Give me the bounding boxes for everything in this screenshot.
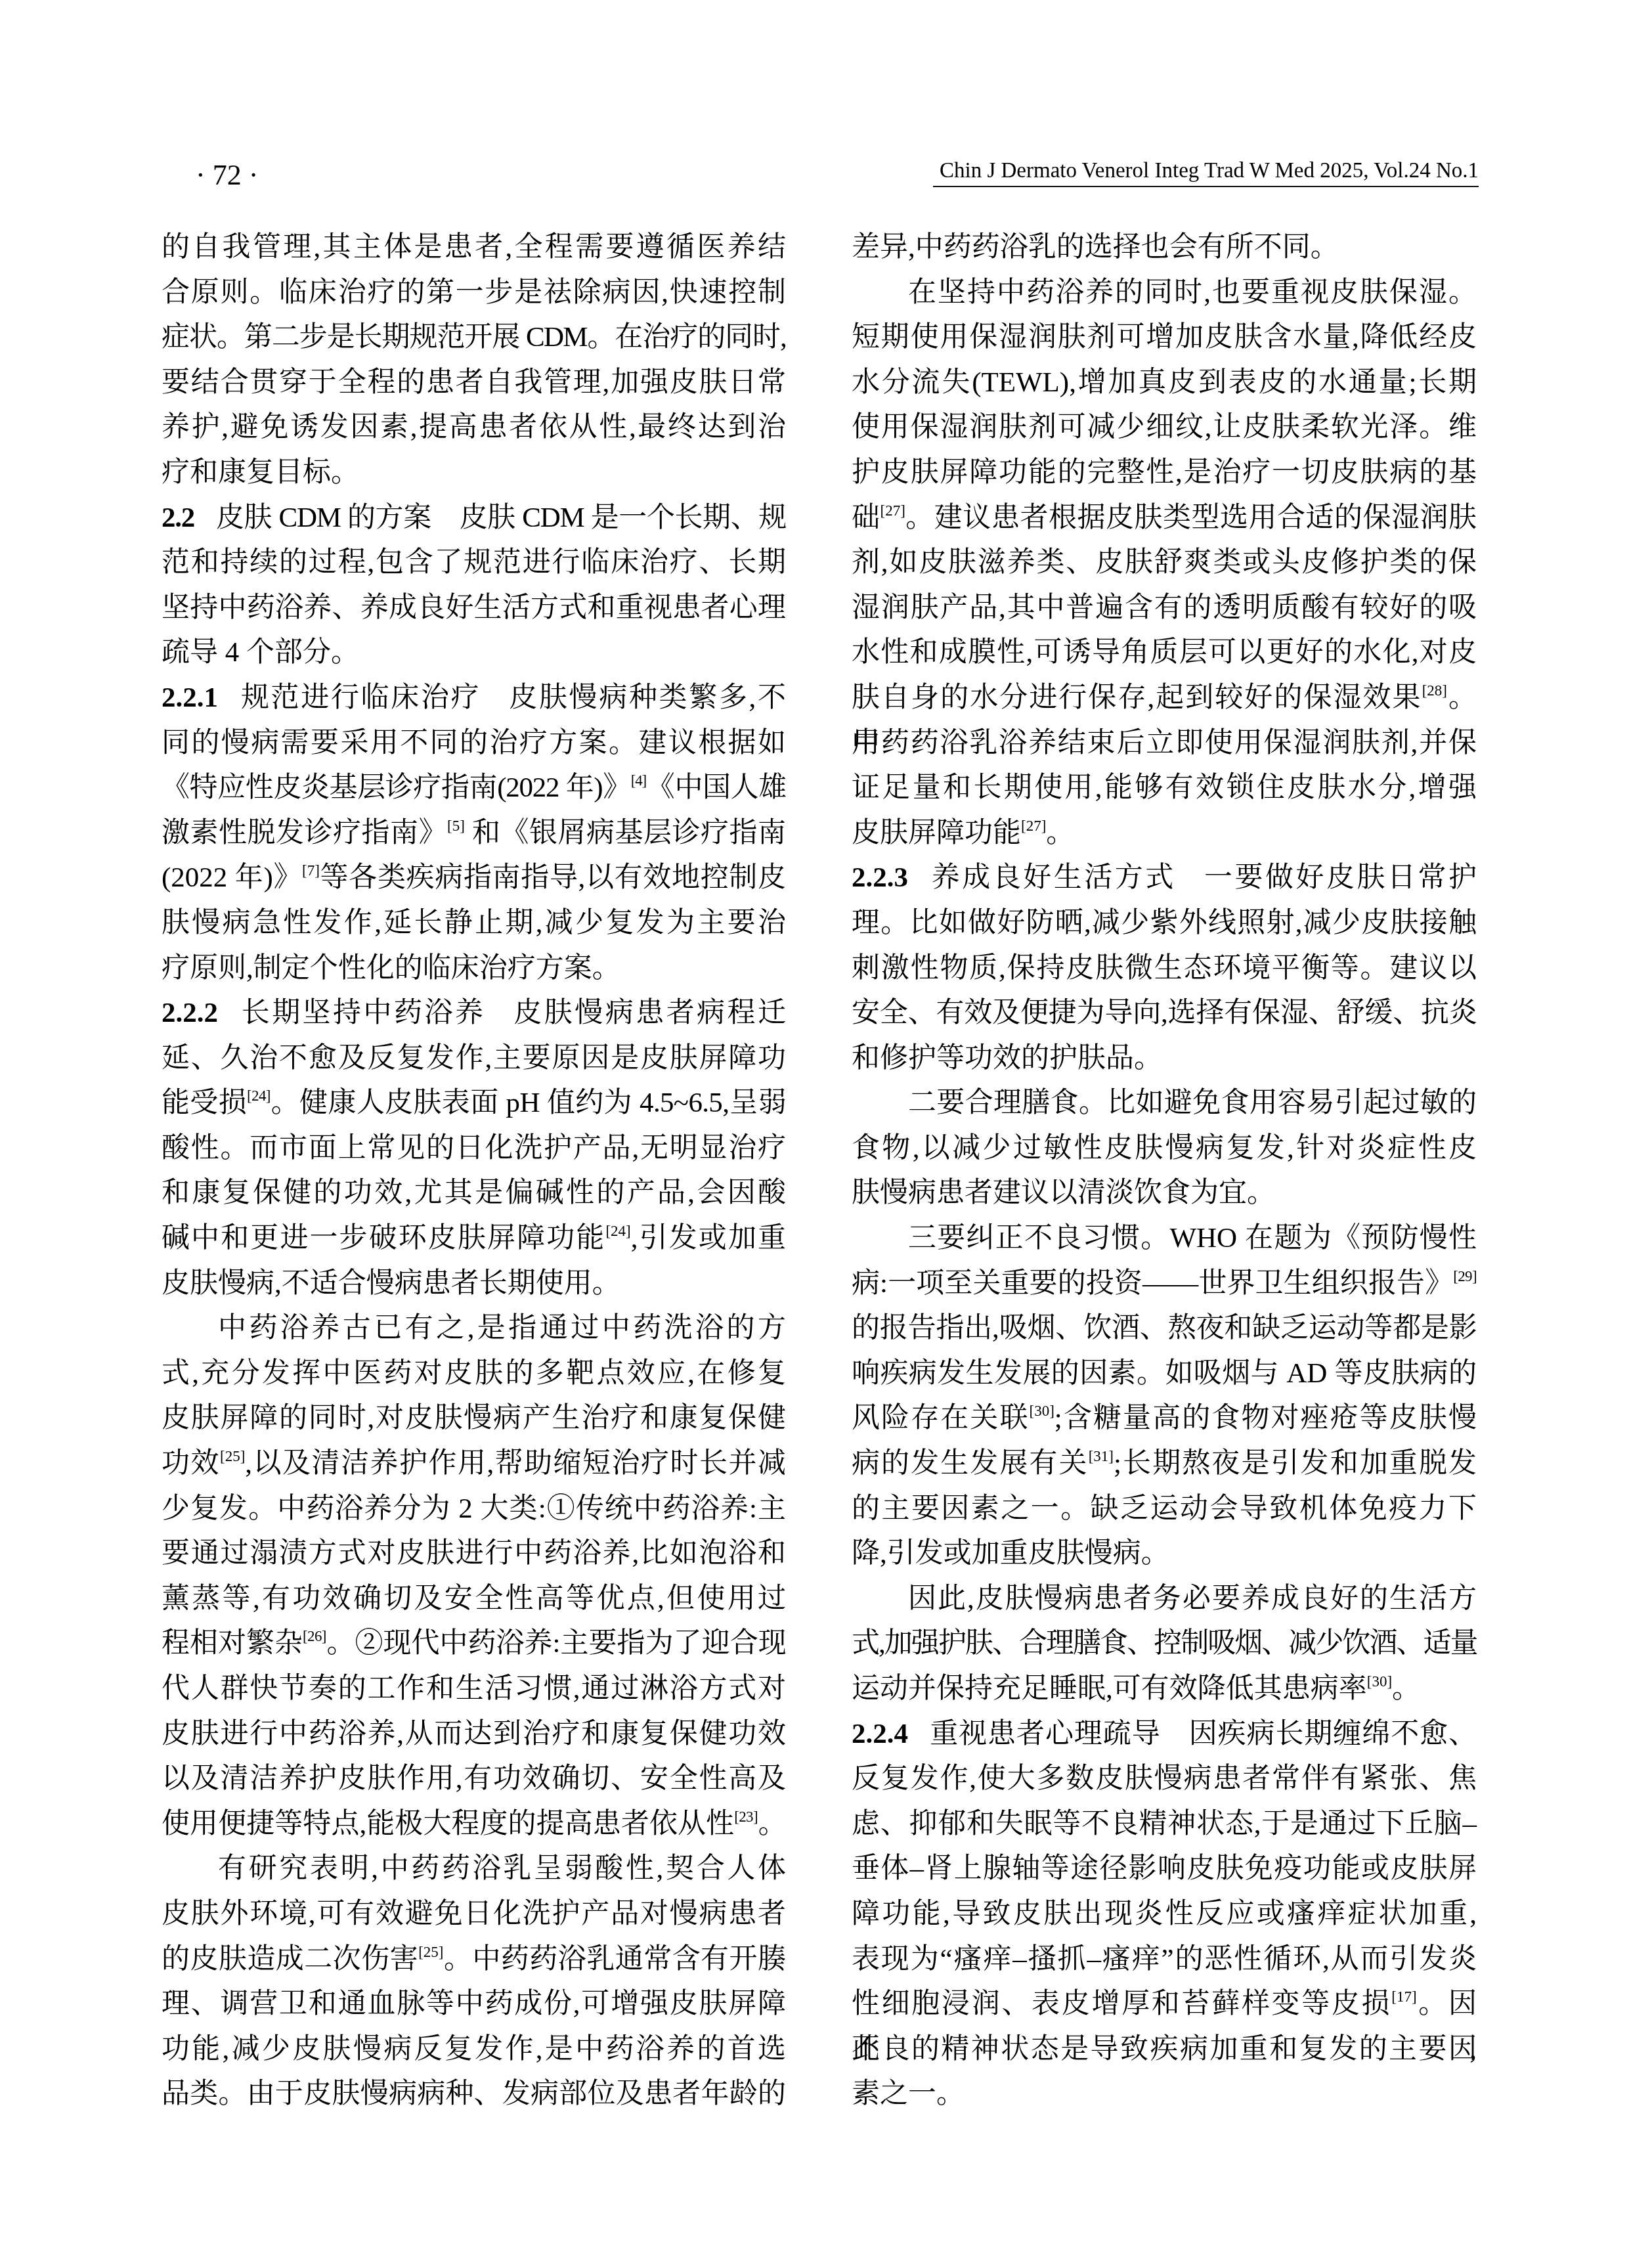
line-text: 。建议患者根据皮肤类型选用合适的保湿润肤 <box>905 502 1477 533</box>
line-text: 有研究表明,中药药浴乳呈弱酸性,契合人体 <box>218 1853 786 1884</box>
text-line: 在坚持中药浴养的同时,也要重视皮肤保湿。 <box>852 271 1477 316</box>
line-text: 础 <box>852 502 880 533</box>
line-text: 养护,避免诱发因素,提高患者依从性,最终达到治 <box>162 412 786 443</box>
line-text: 护皮肤屏障功能的完整性,是治疗一切皮肤病的基 <box>852 457 1477 488</box>
line-text: 因疾病长期缠绵不愈、 <box>1189 1719 1477 1749</box>
line-text: 要通过溻渍方式对皮肤进行中药浴养,比如泡浴和 <box>162 1538 786 1569</box>
citation-superscript: [30] <box>1367 1673 1392 1690</box>
citation-superscript: [24] <box>605 1223 630 1239</box>
line-text: 在坚持中药浴养的同时,也要重视皮肤保湿。 <box>908 277 1477 308</box>
line-text: 皮肤 CDM 是一个长期、规 <box>460 502 786 533</box>
line-text: ,以及清洁养护作用,帮助缩短治疗时长并减 <box>245 1448 786 1479</box>
section-title: 规范进行临床治疗 <box>239 682 481 713</box>
section-heading-line: 2.2.2长期坚持中药浴养皮肤慢病患者病程迁 <box>162 991 786 1036</box>
text-line: 反复发作,使大多数皮肤慢病患者常伴有紧张、焦 <box>852 1757 1477 1802</box>
text-line: 坚持中药浴养、养成良好生活方式和重视患者心理 <box>162 586 786 631</box>
line-text: 中药浴养古已有之,是指通过中药洗浴的方 <box>218 1313 786 1344</box>
line-text: 品类。由于皮肤慢病病种、发病部位及患者年龄的 <box>162 2078 786 2109</box>
line-text: 水性和成膜性,可诱导角质层可以更好的水化,对皮 <box>852 637 1477 668</box>
text-line: 运动并保持充足睡眠,可有效降低其患病率[30]。 <box>852 1667 1477 1712</box>
text-line: 合原则。临床治疗的第一步是祛除病因,快速控制 <box>162 271 786 316</box>
line-text: 的报告指出,吸烟、饮酒、熬夜和缺乏运动等都是影 <box>852 1313 1477 1344</box>
citation-superscript: [4] <box>631 772 646 789</box>
citation-superscript: [25] <box>418 1944 443 1960</box>
text-line: 碱中和更进一步破环皮肤屏障功能[24],引发或加重 <box>162 1216 786 1261</box>
text-line: 差异,中药药浴乳的选择也会有所不同。 <box>852 225 1477 271</box>
line-text: 等各类疾病指南指导,以有效地控制皮 <box>320 862 786 893</box>
text-line: 少复发。中药浴养分为 2 大类:①传统中药浴养:主 <box>162 1487 786 1532</box>
text-line: 水性和成膜性,可诱导角质层可以更好的水化,对皮 <box>852 630 1477 676</box>
text-line: 疗和康复目标。 <box>162 450 786 496</box>
section-heading-line: 2.2.4重视患者心理疏导因疾病长期缠绵不愈、 <box>852 1712 1477 1757</box>
text-line: 能受损[24]。健康人皮肤表面 pH 值约为 4.5~6.5,呈弱 <box>162 1081 786 1126</box>
section-number: 2.2 <box>162 502 194 533</box>
line-text: 一要做好皮肤日常护 <box>1204 862 1477 893</box>
line-text: 肤慢病患者建议以清淡饮食为宜。 <box>852 1177 1275 1208</box>
line-text: 症状。第二步是长期规范开展 CDM。在治疗的同时, <box>162 322 786 353</box>
line-text: 。中药药浴乳通常含有开腠 <box>443 1944 786 1975</box>
line-text: 证足量和长期使用,能够有效锁住皮肤水分,增强 <box>852 772 1477 803</box>
line-text: 和《银屑病基层诊疗指南 <box>465 818 786 848</box>
line-text: 《中国人雄 <box>646 772 786 803</box>
citation-superscript: [25] <box>220 1448 245 1464</box>
line-text: 湿润肤产品,其中普遍含有的透明质酸有较好的吸 <box>852 592 1477 623</box>
line-text: 和修护等功效的护肤品。 <box>852 1043 1162 1074</box>
text-line: 《特应性皮炎基层诊疗指南(2022 年)》[4]《中国人雄 <box>162 766 786 811</box>
text-line: 症状。第二步是长期规范开展 CDM。在治疗的同时, <box>162 315 786 361</box>
citation-superscript: [17] <box>1391 1988 1416 2005</box>
line-text: 《特应性皮炎基层诊疗指南(2022 年)》 <box>162 772 631 803</box>
text-line: 使用便捷等特点,能极大程度的提高患者依从性[23]。 <box>162 1802 786 1847</box>
line-text: 疗原则,制定个性化的临床治疗方案。 <box>162 953 620 984</box>
line-text: 理、调营卫和通血脉等中药成份,可增强皮肤屏障 <box>162 1988 786 2019</box>
line-text: 素之一。 <box>852 2078 965 2109</box>
text-line: 证足量和长期使用,能够有效锁住皮肤水分,增强 <box>852 766 1477 811</box>
line-text: 疗和康复目标。 <box>162 457 359 488</box>
journal-citation: Chin J Dermato Venerol Integ Trad W Med … <box>933 160 1479 182</box>
text-line: 不良的精神状态是导致疾病加重和复发的主要因 <box>852 2027 1477 2072</box>
text-line: 皮肤慢病,不适合慢病患者长期使用。 <box>162 1261 786 1307</box>
section-number: 2.2.4 <box>852 1719 908 1749</box>
line-text: 皮肤慢病,不适合慢病患者长期使用。 <box>162 1268 620 1299</box>
text-line: 皮肤进行中药浴养,从而达到治疗和康复保健功效 <box>162 1712 786 1757</box>
line-text: 的主要因素之一。缺乏运动会导致机体免疫力下 <box>852 1493 1477 1524</box>
section-title: 皮肤 CDM 的方案 <box>215 502 431 533</box>
line-text: 性细胞浸润、表皮增厚和苔藓样变等皮损 <box>852 1988 1391 2019</box>
line-text: 程相对繁杂 <box>162 1628 303 1659</box>
section-heading-line: 2.2.3养成良好生活方式一要做好皮肤日常护 <box>852 856 1477 901</box>
text-line: 刺激性物质,保持皮肤微生态环境平衡等。建议以 <box>852 946 1477 992</box>
citation-superscript: [7] <box>302 862 320 879</box>
citation-superscript: [27] <box>880 502 905 519</box>
section-title: 重视患者心理疏导 <box>929 1719 1160 1749</box>
line-text: 降,引发或加重皮肤慢病。 <box>852 1538 1169 1569</box>
text-line: 响疾病发生发展的因素。如吸烟与 AD 等皮肤病的 <box>852 1351 1477 1397</box>
text-line: 代人群快节奏的工作和生活习惯,通过淋浴方式对 <box>162 1667 786 1712</box>
text-line: 以及清洁养护皮肤作用,有功效确切、安全性高及 <box>162 1757 786 1802</box>
text-line: 理、调营卫和通血脉等中药成份,可增强皮肤屏障 <box>162 1982 786 2027</box>
text-line: 功效[25],以及清洁养护作用,帮助缩短治疗时长并减 <box>162 1441 786 1487</box>
text-line: 中药浴养古已有之,是指通过中药洗浴的方 <box>162 1306 786 1351</box>
text-line: 二要合理膳食。比如避免食用容易引起过敏的 <box>852 1081 1477 1126</box>
header-rule <box>933 186 1479 187</box>
line-text: 运动并保持充足睡眠,可有效降低其患病率 <box>852 1673 1367 1704</box>
text-line: 范和持续的过程,包含了规范进行临床治疗、长期 <box>162 540 786 586</box>
line-text: 激素性脱发诊疗指南》 <box>162 818 447 848</box>
line-text: 功能,减少皮肤慢病反复发作,是中药浴养的首选 <box>162 2034 786 2065</box>
page-number: · 72 · <box>196 161 258 190</box>
text-line: 水分流失(TEWL),增加真皮到表皮的水通量;长期 <box>852 361 1477 406</box>
line-text: 皮肤外环境,可有效避免日化洗护产品对慢病患者 <box>162 1898 786 1929</box>
line-text: 合原则。临床治疗的第一步是祛除病因,快速控制 <box>162 277 786 308</box>
section-number: 2.2.1 <box>162 682 218 713</box>
text-line: 降,引发或加重皮肤慢病。 <box>852 1531 1477 1577</box>
line-text: 式,充分发挥中医药对皮肤的多靶点效应,在修复 <box>162 1358 786 1389</box>
line-text: 剂,如皮肤滋养类、皮肤舒爽类或头皮修护类的保 <box>852 547 1477 578</box>
text-line: 薰蒸等,有功效确切及安全性高等优点,但使用过 <box>162 1577 786 1622</box>
line-text: 能受损 <box>162 1087 247 1118</box>
line-text: 的皮肤造成二次伤害 <box>162 1944 418 1975</box>
section-title: 长期坚持中药浴养 <box>239 997 485 1028</box>
line-text: 安全、有效及便捷为导向,选择有保湿、舒缓、抗炎 <box>852 997 1477 1028</box>
text-line: 中药药浴乳浴养结束后立即使用保湿润肤剂,并保 <box>852 721 1477 766</box>
line-text: 。 <box>758 1808 786 1839</box>
line-text: 皮肤慢病患者病程迁 <box>513 997 786 1028</box>
text-line: 的主要因素之一。缺乏运动会导致机体免疫力下 <box>852 1487 1477 1532</box>
line-text: 因此,皮肤慢病患者务必要养成良好的生活方 <box>908 1583 1477 1614</box>
line-text: 同的慢病需要采用不同的治疗方案。建议根据如 <box>162 728 786 758</box>
line-text: ;长期熬夜是引发和加重脱发 <box>1114 1448 1477 1479</box>
citation-superscript: [27] <box>1021 818 1046 834</box>
citation-superscript: [5] <box>447 818 465 834</box>
citation-superscript: [26] <box>303 1628 326 1644</box>
line-text: 。②现代中药浴养:主要指为了迎合现 <box>326 1628 786 1659</box>
line-text: 不良的精神状态是导致疾病加重和复发的主要因 <box>852 2034 1477 2065</box>
text-line: 理。比如做好防晒,减少紫外线照射,减少皮肤接触 <box>852 901 1477 946</box>
text-line: 础[27]。建议患者根据皮肤类型选用合适的保湿润肤 <box>852 496 1477 541</box>
text-line: 品类。由于皮肤慢病病种、发病部位及患者年龄的 <box>162 2072 786 2117</box>
text-line: 的自我管理,其主体是患者,全程需要遵循医养结 <box>162 225 786 271</box>
text-line: 延、久治不愈及反复发作,主要原因是皮肤屏障功 <box>162 1036 786 1082</box>
text-line: 的报告指出,吸烟、饮酒、熬夜和缺乏运动等都是影 <box>852 1306 1477 1351</box>
line-text: 皮肤屏障的同时,对皮肤慢病产生治疗和康复保健 <box>162 1403 786 1434</box>
section-heading-line: 2.2皮肤 CDM 的方案皮肤 CDM 是一个长期、规 <box>162 496 786 541</box>
text-line: 素之一。 <box>852 2072 1477 2117</box>
text-line: 肤慢病急性发作,延长静止期,减少复发为主要治 <box>162 901 786 946</box>
line-text: 。 <box>1392 1673 1420 1704</box>
text-line: 的皮肤造成二次伤害[25]。中药药浴乳通常含有开腠 <box>162 1937 786 1983</box>
text-line: 激素性脱发诊疗指南》[5] 和《银屑病基层诊疗指南 <box>162 811 786 856</box>
citation-superscript: [28] <box>1422 682 1447 699</box>
text-line: 疏导 4 个部分。 <box>162 630 786 676</box>
text-line: 皮肤屏障的同时,对皮肤慢病产生治疗和康复保健 <box>162 1396 786 1441</box>
text-line: 式,充分发挥中医药对皮肤的多靶点效应,在修复 <box>162 1351 786 1397</box>
line-text: 疏导 4 个部分。 <box>162 637 359 668</box>
text-line: 式,加强护肤、合理膳食、控制吸烟、减少饮酒、适量 <box>852 1621 1477 1667</box>
line-text: 。健康人皮肤表面 pH 值约为 4.5~6.5,呈弱 <box>271 1087 786 1118</box>
text-line: 程相对繁杂[26]。②现代中药浴养:主要指为了迎合现 <box>162 1621 786 1667</box>
text-line: 使用保湿润肤剂可减少细纹,让皮肤柔软光泽。维 <box>852 405 1477 450</box>
text-line: 病:一项至关重要的投资——世界卫生组织报告》[29] <box>852 1261 1477 1307</box>
text-line: 有研究表明,中药药浴乳呈弱酸性,契合人体 <box>162 1847 786 1892</box>
text-line: 同的慢病需要采用不同的治疗方案。建议根据如 <box>162 721 786 766</box>
line-text: 。 <box>1046 818 1074 848</box>
text-line: 因此,皮肤慢病患者务必要养成良好的生活方 <box>852 1577 1477 1622</box>
line-text: 食物,以减少过敏性皮肤慢病复发,针对炎症性皮 <box>852 1133 1477 1164</box>
line-text: 延、久治不愈及反复发作,主要原因是皮肤屏障功 <box>162 1043 786 1074</box>
section-title: 养成良好生活方式 <box>929 862 1176 893</box>
text-line: 功能,减少皮肤慢病反复发作,是中药浴养的首选 <box>162 2027 786 2072</box>
line-text: 垂体–肾上腺轴等途径影响皮肤免疫功能或皮肤屏 <box>852 1853 1477 1884</box>
line-text: 响疾病发生发展的因素。如吸烟与 AD 等皮肤病的 <box>852 1358 1477 1389</box>
text-line: 肤慢病患者建议以清淡饮食为宜。 <box>852 1171 1477 1216</box>
section-number: 2.2.3 <box>852 862 908 893</box>
line-text: 的自我管理,其主体是患者,全程需要遵循医养结 <box>162 232 786 263</box>
line-text: 以及清洁养护皮肤作用,有功效确切、安全性高及 <box>162 1763 786 1794</box>
line-text: 病的发生发展有关 <box>852 1448 1089 1479</box>
line-text: 代人群快节奏的工作和生活习惯,通过淋浴方式对 <box>162 1673 786 1704</box>
line-text: 范和持续的过程,包含了规范进行临床治疗、长期 <box>162 547 786 578</box>
text-line: 酸性。而市面上常见的日化洗护产品,无明显治疗 <box>162 1126 786 1172</box>
text-line: 肤自身的水分进行保存,起到较好的保湿效果[28]。用 <box>852 676 1477 721</box>
text-line: 要通过溻渍方式对皮肤进行中药浴养,比如泡浴和 <box>162 1531 786 1577</box>
line-text: 少复发。中药浴养分为 2 大类:①传统中药浴养:主 <box>162 1493 786 1524</box>
text-line: 短期使用保湿润肤剂可增加皮肤含水量,降低经皮 <box>852 315 1477 361</box>
text-line: 虑、抑郁和失眠等不良精神状态,于是通过下丘脑– <box>852 1802 1477 1847</box>
text-line: 三要纠正不良习惯。WHO 在题为《预防慢性 <box>852 1216 1477 1261</box>
line-text: 中药药浴乳浴养结束后立即使用保湿润肤剂,并保 <box>852 728 1477 758</box>
line-text: ,引发或加重 <box>631 1223 786 1254</box>
line-text: 皮肤屏障功能 <box>852 818 1021 848</box>
line-text: 短期使用保湿润肤剂可增加皮肤含水量,降低经皮 <box>852 322 1477 353</box>
citation-superscript: [30] <box>1030 1403 1054 1419</box>
text-line: 和康复保健的功效,尤其是偏碱性的产品,会因酸 <box>162 1171 786 1216</box>
line-text: 式,加强护肤、合理膳食、控制吸烟、减少饮酒、适量 <box>852 1628 1477 1659</box>
line-text: 坚持中药浴养、养成良好生活方式和重视患者心理 <box>162 592 786 623</box>
text-line: 垂体–肾上腺轴等途径影响皮肤免疫功能或皮肤屏 <box>852 1847 1477 1892</box>
line-text: 和康复保健的功效,尤其是偏碱性的产品,会因酸 <box>162 1177 786 1208</box>
line-text: 二要合理膳食。比如避免食用容易引起过敏的 <box>908 1087 1477 1118</box>
line-text: 水分流失(TEWL),增加真皮到表皮的水通量;长期 <box>852 367 1477 398</box>
line-text: 风险存在关联 <box>852 1403 1030 1434</box>
text-line: (2022 年)》[7]等各类疾病指南指导,以有效地控制皮 <box>162 856 786 901</box>
line-text: 肤自身的水分进行保存,起到较好的保湿效果 <box>852 682 1422 713</box>
line-text: (2022 年)》 <box>162 862 302 893</box>
line-text: 使用保湿润肤剂可减少细纹,让皮肤柔软光泽。维 <box>852 412 1477 443</box>
text-line: 要结合贯穿于全程的患者自我管理,加强皮肤日常 <box>162 361 786 406</box>
text-line: 食物,以减少过敏性皮肤慢病复发,针对炎症性皮 <box>852 1126 1477 1172</box>
citation-superscript: [23] <box>734 1808 758 1825</box>
line-text: ;含糖量高的食物对痤疮等皮肤慢 <box>1054 1403 1477 1434</box>
text-line: 风险存在关联[30];含糖量高的食物对痤疮等皮肤慢 <box>852 1396 1477 1441</box>
line-text: 使用便捷等特点,能极大程度的提高患者依从性 <box>162 1808 734 1839</box>
text-line: 障功能,导致皮肤出现炎性反应或瘙痒症状加重, <box>852 1892 1477 1937</box>
text-line: 湿润肤产品,其中普遍含有的透明质酸有较好的吸 <box>852 586 1477 631</box>
left-column: 的自我管理,其主体是患者,全程需要遵循医养结 合原则。临床治疗的第一步是祛除病因… <box>162 225 786 2117</box>
line-text: 反复发作,使大多数皮肤慢病患者常伴有紧张、焦 <box>852 1763 1477 1794</box>
line-text: 肤慢病急性发作,延长静止期,减少复发为主要治 <box>162 908 786 938</box>
text-line: 安全、有效及便捷为导向,选择有保湿、舒缓、抗炎 <box>852 991 1477 1036</box>
line-text: 功效 <box>162 1448 220 1479</box>
line-text: 差异,中药药浴乳的选择也会有所不同。 <box>852 232 1339 263</box>
line-text: 刺激性物质,保持皮肤微生态环境平衡等。建议以 <box>852 953 1477 984</box>
line-text: 理。比如做好防晒,减少紫外线照射,减少皮肤接触 <box>852 908 1477 938</box>
line-text: 酸性。而市面上常见的日化洗护产品,无明显治疗 <box>162 1133 786 1164</box>
line-text: 三要纠正不良习惯。WHO 在题为《预防慢性 <box>908 1223 1477 1254</box>
text-line: 疗原则,制定个性化的临床治疗方案。 <box>162 946 786 992</box>
text-line: 病的发生发展有关[31];长期熬夜是引发和加重脱发 <box>852 1441 1477 1487</box>
line-text: 要结合贯穿于全程的患者自我管理,加强皮肤日常 <box>162 367 786 398</box>
text-line: 和修护等功效的护肤品。 <box>852 1036 1477 1082</box>
line-text: 皮肤慢病种类繁多,不 <box>509 682 786 713</box>
text-line: 养护,避免诱发因素,提高患者依从性,最终达到治 <box>162 405 786 450</box>
text-line: 护皮肤屏障功能的完整性,是治疗一切皮肤病的基 <box>852 450 1477 496</box>
line-text: 病:一项至关重要的投资——世界卫生组织报告》 <box>852 1268 1453 1299</box>
line-text: 皮肤进行中药浴养,从而达到治疗和康复保健功效 <box>162 1719 786 1749</box>
line-text: 薰蒸等,有功效确切及安全性高等优点,但使用过 <box>162 1583 786 1614</box>
citation-superscript: [24] <box>247 1087 271 1104</box>
text-line: 皮肤屏障功能[27]。 <box>852 811 1477 856</box>
right-column: 差异,中药药浴乳的选择也会有所不同。 在坚持中药浴养的同时,也要重视皮肤保湿。 … <box>852 225 1477 2117</box>
line-text: 表现为“瘙痒–搔抓–瘙痒”的恶性循环,从而引发炎 <box>852 1944 1477 1975</box>
text-line: 表现为“瘙痒–搔抓–瘙痒”的恶性循环,从而引发炎 <box>852 1937 1477 1983</box>
text-line: 剂,如皮肤滋养类、皮肤舒爽类或头皮修护类的保 <box>852 540 1477 586</box>
section-heading-line: 2.2.1规范进行临床治疗皮肤慢病种类繁多,不 <box>162 676 786 721</box>
citation-superscript: [31] <box>1089 1448 1114 1464</box>
line-text: 虑、抑郁和失眠等不良精神状态,于是通过下丘脑– <box>852 1808 1477 1839</box>
line-text: 障功能,导致皮肤出现炎性反应或瘙痒症状加重, <box>852 1898 1477 1929</box>
citation-superscript: [29] <box>1453 1268 1477 1284</box>
text-line: 皮肤外环境,可有效避免日化洗护产品对慢病患者 <box>162 1892 786 1937</box>
line-text: 碱中和更进一步破环皮肤屏障功能 <box>162 1223 605 1254</box>
section-number: 2.2.2 <box>162 997 218 1028</box>
text-line: 性细胞浸润、表皮增厚和苔藓样变等皮损[17]。因此, <box>852 1982 1477 2027</box>
